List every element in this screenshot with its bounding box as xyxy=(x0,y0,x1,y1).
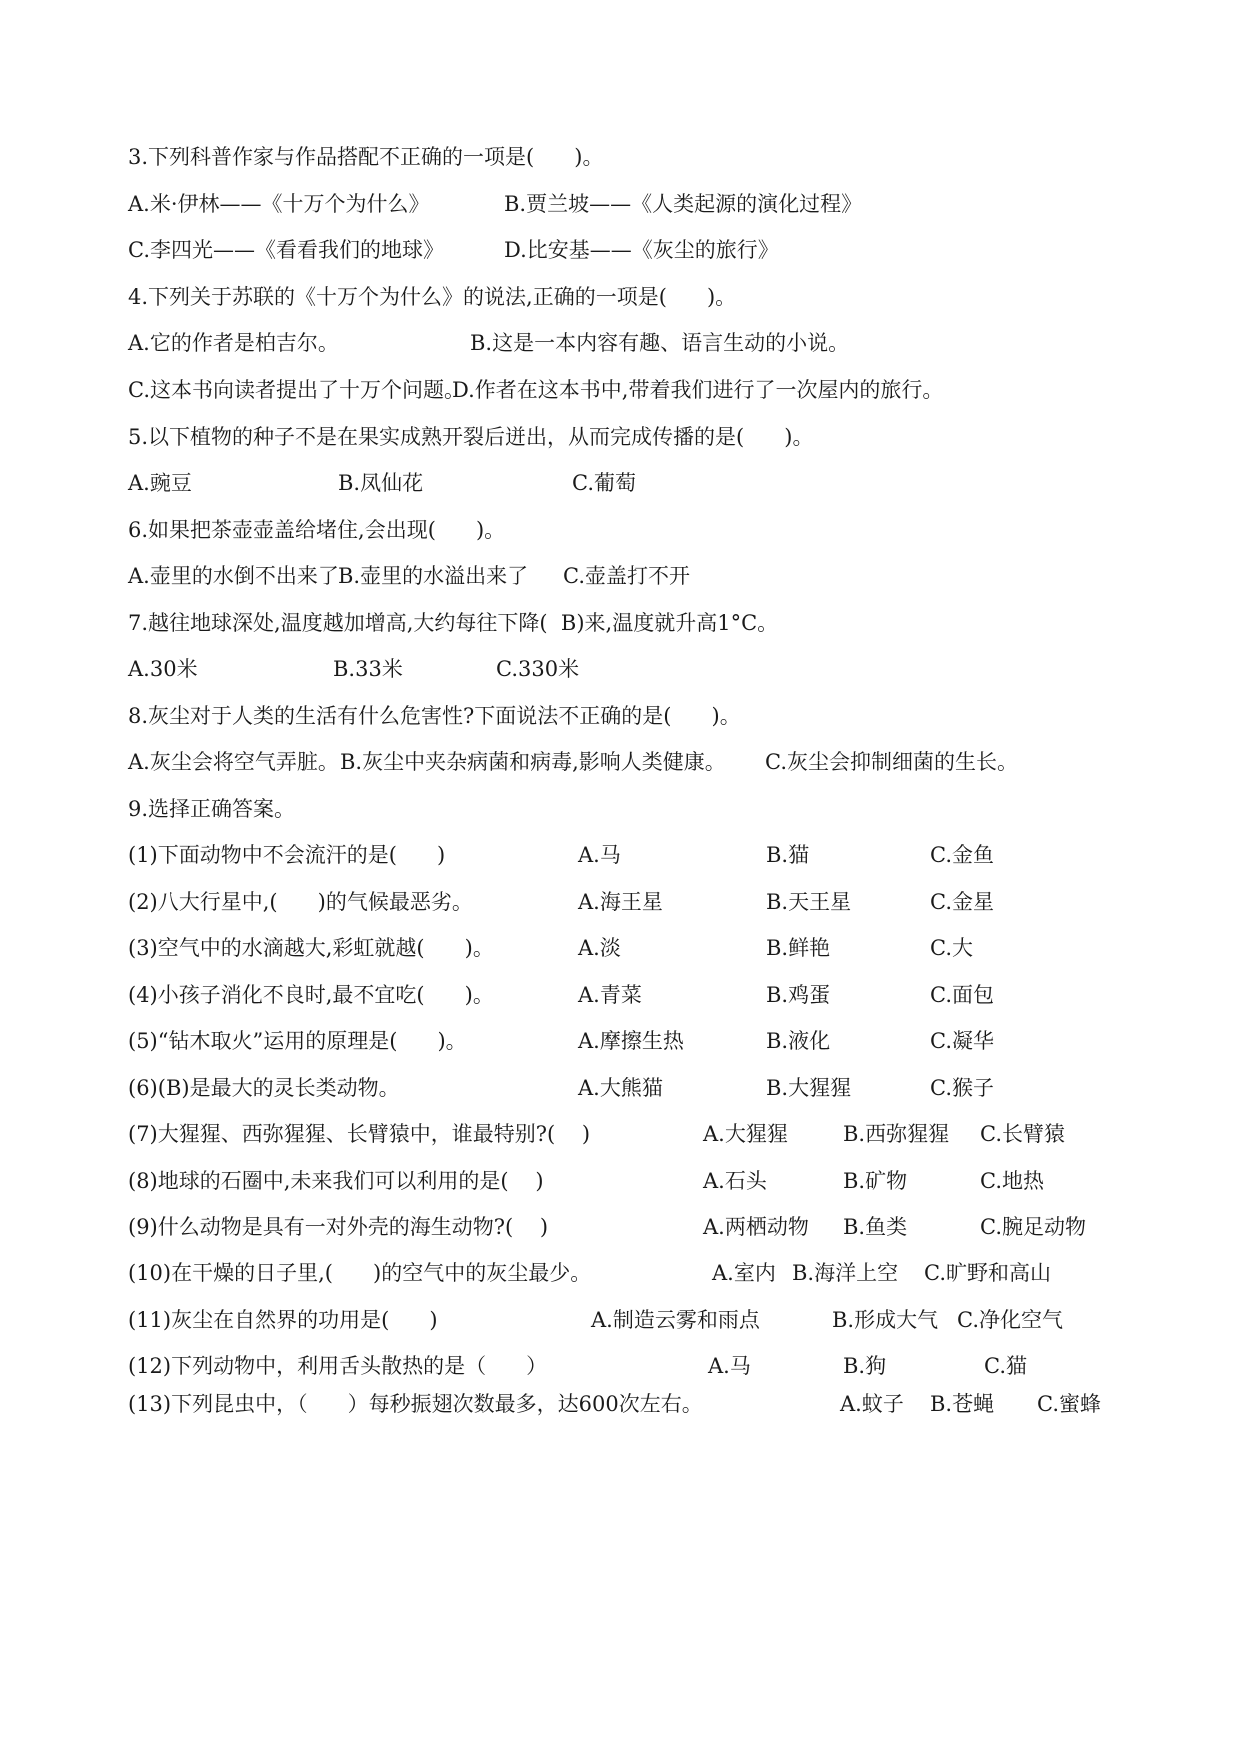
question-7-option-a: A.30米 xyxy=(128,654,198,684)
sub-question-stem: (2)八大行星中,( )的气候最恶劣。 xyxy=(128,887,473,917)
option-b: B.海洋上空 xyxy=(792,1258,898,1288)
option-a: A.马 xyxy=(708,1351,751,1381)
sub-question-stem: (11)灰尘在自然界的功用是( ) xyxy=(128,1305,438,1335)
question-4-option-b: B.这是一本内容有趣、语言生动的小说。 xyxy=(470,328,849,358)
sub-question-stem: (7)大猩猩、西弥猩猩、长臂猿中，谁最特别?( ) xyxy=(128,1119,590,1149)
option-c: C.长臂猿 xyxy=(980,1119,1065,1149)
option-c: C.金鱼 xyxy=(930,840,994,870)
option-b: B.西弥猩猩 xyxy=(843,1119,949,1149)
option-a: A.海王星 xyxy=(578,887,663,917)
option-c: C.猴子 xyxy=(930,1073,994,1103)
sub-question-stem: (6)(B)是最大的灵长类动物。 xyxy=(128,1073,400,1103)
question-3-option-d: D.比安基——《灰尘的旅行》 xyxy=(504,235,779,265)
question-4-option-a: A.它的作者是柏吉尔。 xyxy=(128,328,339,358)
question-8-stem: 8.灰尘对于人类的生活有什么危害性?下面说法不正确的是( )。 xyxy=(128,701,741,731)
option-c: C.净化空气 xyxy=(957,1305,1063,1335)
option-a: A.两栖动物 xyxy=(703,1212,809,1242)
option-a: A.大熊猫 xyxy=(578,1073,663,1103)
option-b: B.猫 xyxy=(766,840,809,870)
question-3-stem: 3.下列科普作家与作品搭配不正确的一项是( )。 xyxy=(128,142,603,172)
option-a: A.制造云雾和雨点 xyxy=(591,1305,760,1335)
option-a: A.淡 xyxy=(578,933,621,963)
question-8-option-b: B.灰尘中夹杂病菌和病毒,影响人类健康。 xyxy=(340,747,726,777)
question-7-option-c: C.330米 xyxy=(496,654,579,684)
option-a: A.蚊子 xyxy=(840,1389,904,1419)
option-b: B.鸡蛋 xyxy=(766,980,830,1010)
sub-question-stem: (10)在干燥的日子里,( )的空气中的灰尘最少。 xyxy=(128,1258,591,1288)
option-c: C.大 xyxy=(930,933,973,963)
option-c: C.蜜蜂 xyxy=(1037,1389,1101,1419)
option-b: B.矿物 xyxy=(843,1166,907,1196)
option-b: B.鲜艳 xyxy=(766,933,830,963)
question-4-stem: 4.下列关于苏联的《十万个为什么》的说法,正确的一项是( )。 xyxy=(128,282,736,312)
sub-question-stem: (4)小孩子消化不良时,最不宜吃( )。 xyxy=(128,980,494,1010)
option-b: B.形成大气 xyxy=(832,1305,938,1335)
option-b: B.天王星 xyxy=(766,887,851,917)
option-a: A.室内 xyxy=(712,1258,776,1288)
question-6-option-c: C.壶盖打不开 xyxy=(563,561,690,591)
question-8-option-a: A.灰尘会将空气弄脏。 xyxy=(128,747,339,777)
option-c: C.面包 xyxy=(930,980,994,1010)
sub-question-stem: (3)空气中的水滴越大,彩虹就越( )。 xyxy=(128,933,494,963)
question-3-option-a: A.米·伊林——《十万个为什么》 xyxy=(128,189,430,219)
question-5-option-a: A.豌豆 xyxy=(128,468,192,498)
option-a: A.摩擦生热 xyxy=(578,1026,684,1056)
option-c: C.凝华 xyxy=(930,1026,994,1056)
question-4-option-c: C.这本书向读者提出了十万个问题。 xyxy=(128,375,465,405)
question-3-option-c: C.李四光——《看看我们的地球》 xyxy=(128,235,444,265)
sub-question-stem: (12)下列动物中，利用舌头散热的是（ ） xyxy=(128,1351,547,1381)
question-6-option-a: A.壶里的水倒不出来了 xyxy=(128,561,339,591)
question-5-option-c: C.葡萄 xyxy=(572,468,636,498)
option-a: A.石头 xyxy=(703,1166,767,1196)
question-4-option-d: D.作者在这本书中,带着我们进行了一次屋内的旅行。 xyxy=(452,375,943,405)
option-c: C.旷野和高山 xyxy=(924,1258,1051,1288)
question-8-option-c: C.灰尘会抑制细菌的生长。 xyxy=(765,747,1018,777)
option-b: B.苍蝇 xyxy=(930,1389,994,1419)
option-b: B.液化 xyxy=(766,1026,830,1056)
sub-question-stem: (5)“钻木取火”运用的原理是( )。 xyxy=(128,1026,467,1056)
option-c: C.金星 xyxy=(930,887,994,917)
sub-question-stem: (9)什么动物是具有一对外壳的海生动物?( ) xyxy=(128,1212,548,1242)
sub-question-stem: (1)下面动物中不会流汗的是( ) xyxy=(128,840,445,870)
question-7-stem: 7.越往地球深处,温度越加增高,大约每往下降( B)来,温度就升高1°C。 xyxy=(128,608,778,638)
question-6-option-b: B.壶里的水溢出来了 xyxy=(338,561,528,591)
option-b: B.鱼类 xyxy=(843,1212,907,1242)
question-5-stem: 5.以下植物的种子不是在果实成熟开裂后迸出，从而完成传播的是( )。 xyxy=(128,422,813,452)
option-c: C.地热 xyxy=(980,1166,1044,1196)
option-a: A.马 xyxy=(578,840,621,870)
option-c: C.腕足动物 xyxy=(980,1212,1086,1242)
sub-question-stem: (13)下列昆虫中，（ ）每秒振翅次数最多，达600次左右。 xyxy=(128,1389,703,1419)
question-5-option-b: B.凤仙花 xyxy=(338,468,423,498)
option-b: B.狗 xyxy=(843,1351,886,1381)
option-c: C.猫 xyxy=(984,1351,1027,1381)
sub-question-stem: (8)地球的石圈中,未来我们可以利用的是( ) xyxy=(128,1166,544,1196)
question-3-option-b: B.贾兰坡——《人类起源的演化过程》 xyxy=(504,189,862,219)
option-a: A.大猩猩 xyxy=(703,1119,788,1149)
question-9-stem: 9.选择正确答案。 xyxy=(128,794,295,824)
question-6-stem: 6.如果把茶壶壶盖给堵住,会出现( )。 xyxy=(128,515,505,545)
question-7-option-b: B.33米 xyxy=(333,654,403,684)
option-a: A.青菜 xyxy=(578,980,642,1010)
option-b: B.大猩猩 xyxy=(766,1073,851,1103)
